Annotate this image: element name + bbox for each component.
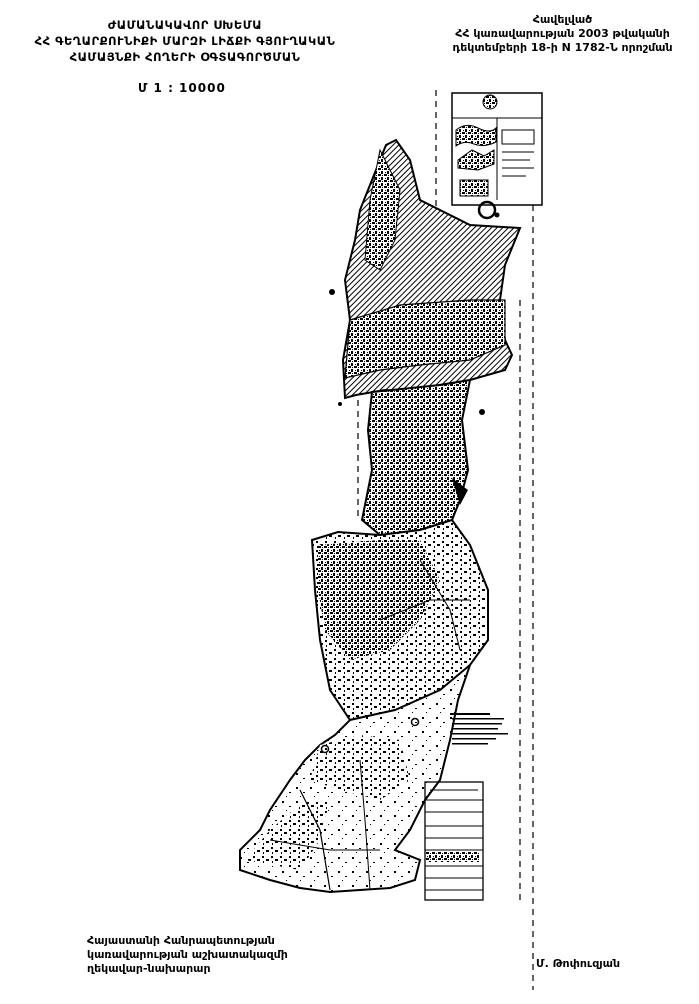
signatory-line-1: Հայաստանի Հանրապետության	[87, 934, 288, 948]
signatory-line-2: կառավարության աշխատակազմի	[87, 948, 288, 962]
explication-table	[425, 782, 483, 900]
approval-line-2: ՀՀ կառավարության 2003 թվականի	[440, 27, 685, 41]
title-line-1: ԺԱՄԱՆԱԿԱՎՈՐ ՍԽԵՄԱ	[20, 17, 350, 33]
land-use-map	[0, 0, 699, 1004]
community-boundary-central	[362, 380, 470, 535]
signatory-title: Հայաստանի Հանրապետության կառավարության ա…	[87, 934, 288, 976]
approval-line-3: դեկտեմբերի 18-ի N 1782-Ն որոշման	[440, 41, 685, 55]
title-line-2: ՀՀ ԳԵՂԱՐՔՈՒՆԻՔԻ ՄԱՐԶԻ ԼԻՃՔԻ ԳՅՈՒՂԱԿԱՆ	[20, 33, 350, 49]
document-title: ԺԱՄԱՆԱԿԱՎՈՐ ՍԽԵՄԱ ՀՀ ԳԵՂԱՐՔՈՒՆԻՔԻ ՄԱՐԶԻ …	[20, 17, 350, 65]
signatory-line-3: ղեկավար-նախարար	[87, 962, 288, 976]
map-legend	[450, 713, 508, 745]
signatory-name: Մ. Թոփուզյան	[536, 957, 620, 970]
title-line-3: ՀԱՄԱՅՆՔԻ ՀՈՂԵՐԻ ՕԳՏԱԳՈՐԾՄԱՆ	[20, 49, 350, 65]
inset-location-panel	[452, 93, 542, 218]
approval-line-1: Հավելված	[440, 13, 685, 27]
map-scale: Մ 1 : 10000	[138, 81, 226, 95]
approval-note: Հավելված ՀՀ կառավարության 2003 թվականի դ…	[440, 13, 685, 55]
